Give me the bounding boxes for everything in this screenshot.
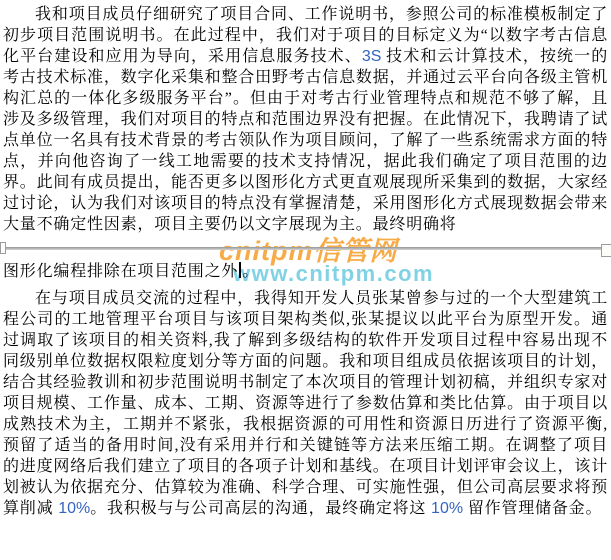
document-page[interactable]: cnitpm信管网 www.cnitpm.com 我和项目成员仔细研究了项目合同… xyxy=(0,0,611,560)
body-text: 在与项目成员交流的过程中，我得知开发人员张某曾参与过的一个大型建筑工程公司的工地… xyxy=(3,290,608,517)
text-caret xyxy=(239,262,241,278)
rule-left-resize-handle[interactable] xyxy=(0,242,6,254)
paragraph-1-before-rule: 我和项目成员仔细研究了项目合同、工作说明书，参照公司的标准模板制定了初步项目范围… xyxy=(3,4,608,235)
horizontal-rule-line[interactable] xyxy=(4,247,602,250)
paragraph-2: 在与项目成员交流的过程中，我得知开发人员张某曾参与过的一个大型建筑工程公司的工地… xyxy=(3,288,608,519)
body-text: 留作管理储备金。 xyxy=(463,500,602,517)
body-text: 。 xyxy=(242,263,259,280)
rule-right-resize-handle[interactable] xyxy=(601,244,611,257)
latin-text: 10% xyxy=(431,500,463,517)
latin-text: 10% xyxy=(58,500,90,517)
body-text: 。我积极与与公司高层的沟通，最终确定将这 xyxy=(90,500,431,517)
body-text: 技术和云计算技术，按统一的考古技术标准，数字化采集和整合田野考古信息数据，并通过… xyxy=(3,48,608,233)
latin-text: 3S xyxy=(362,48,386,65)
document-body: 我和项目成员仔细研究了项目合同、工作说明书，参照公司的标准模板制定了初步项目范围… xyxy=(0,0,611,519)
horizontal-rule-object[interactable] xyxy=(0,235,611,261)
body-text: 图形化编程排除在项目范围之外 xyxy=(3,263,238,280)
paragraph-1-after-rule: 图形化编程排除在项目范围之外。 xyxy=(3,261,608,282)
